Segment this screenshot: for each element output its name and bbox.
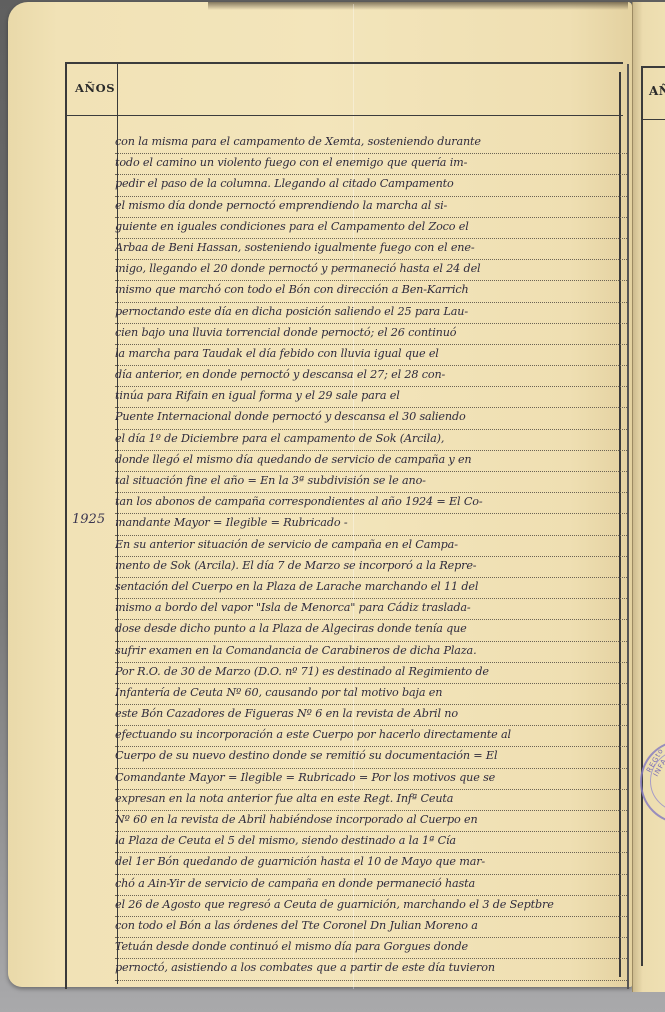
adjacent-column-header: AÑ [649,84,665,98]
entry-line: chó a Ain-Yir de servicio de campaña en … [115,875,627,896]
entry-line: Por R.O. de 30 de Marzo (D.O. nº 71) es … [115,663,627,684]
entry-line: mismo que marchó con todo el Bón con dir… [115,281,627,302]
entry-line: tan los abonos de campaña correspondient… [115,493,627,514]
entry-line: tinúa para Rifain en igual forma y el 29… [115,387,627,408]
entry-line: cien bajo una lluvia torrencial donde pe… [115,324,627,345]
page-gutter-line [627,64,629,989]
entry-line: sentación del Cuerpo en la Plaza de Lara… [115,578,627,599]
entry-line: con todo el Bón a las órdenes del Tte Co… [115,917,627,938]
entry-line: En su anterior situación de servicio de … [115,536,627,557]
table-top-rule [65,62,623,64]
entry-line: migo, llegando el 20 donde pernoctó y pe… [115,260,627,281]
entry-line: Tetuán desde donde continuó el mismo día… [115,938,627,959]
entry-line: pedir el paso de la columna. Llegando al… [115,175,627,196]
entry-line: Comandante Mayor = Ilegible = Rubricado … [115,769,627,790]
entry-line: todo el camino un violento fuego con el … [115,154,627,175]
entry-line: mismo a bordo del vapor "Isla de Menorca… [115,599,627,620]
entry-line: Cuerpo de su nuevo destino donde se remi… [115,747,627,768]
entry-line: mento de Sok (Arcila). El día 7 de Marzo… [115,557,627,578]
entry-line: el mismo día donde pernoctó emprendiendo… [115,197,627,218]
adjacent-frame-left [641,66,643,966]
adjacent-frame-top [641,66,665,68]
entry-line: día anterior, en donde pernoctó y descan… [115,366,627,387]
entry-line: Nº 60 en la revista de Abril habiéndose … [115,811,627,832]
entry-line: expresan en la nota anterior fue alta en… [115,790,627,811]
entry-line: del 1er Bón quedando de guarnición hasta… [115,853,627,874]
entry-line: Arbaa de Beni Hassan, sosteniendo igualm… [115,239,627,260]
entry-line: la marcha para Taudak el día febido con … [115,345,627,366]
entry-line: dose desde dicho punto a la Plaza de Alg… [115,620,627,641]
entry-line: este Bón Cazadores de Figueras Nº 6 en l… [115,705,627,726]
entry-line: tal situación fine el año = En la 3ª sub… [115,472,627,493]
entry-line: sufrir examen en la Comandancia de Carab… [115,642,627,663]
entry-line: la Plaza de Ceuta el 5 del mismo, siendo… [115,832,627,853]
entry-line: guiente en iguales condiciones para el C… [115,218,627,239]
handwritten-entries: con la misma para el campamento de Xemta… [115,133,627,981]
adjacent-page: AÑ [632,2,665,992]
entry-line: mandante Mayor = Ilegible = Rubricado - [115,514,627,535]
adjacent-frame-row [641,119,665,120]
entry-line: con la misma para el campamento de Xemta… [115,133,627,154]
entry-line: el día 1º de Diciembre para el campament… [115,430,627,451]
entry-line: pernoctando este día en dicha posición s… [115,303,627,324]
table-left-border [65,64,67,989]
entry-line: Infantería de Ceuta Nº 60, causando por … [115,684,627,705]
entry-line: el 26 de Agosto que regresó a Ceuta de g… [115,896,627,917]
year-entry-1925: 1925 [72,512,105,527]
table-header-rule [65,115,623,116]
years-column-header: AÑOS [75,81,115,95]
entry-line: efectuando su incorporación a este Cuerp… [115,726,627,747]
entry-line: donde llegó el mismo día quedando de ser… [115,451,627,472]
entry-line: pernoctó, asistiendo a los combates que … [115,959,627,980]
entry-line: Puente Internacional donde pernoctó y de… [115,408,627,429]
